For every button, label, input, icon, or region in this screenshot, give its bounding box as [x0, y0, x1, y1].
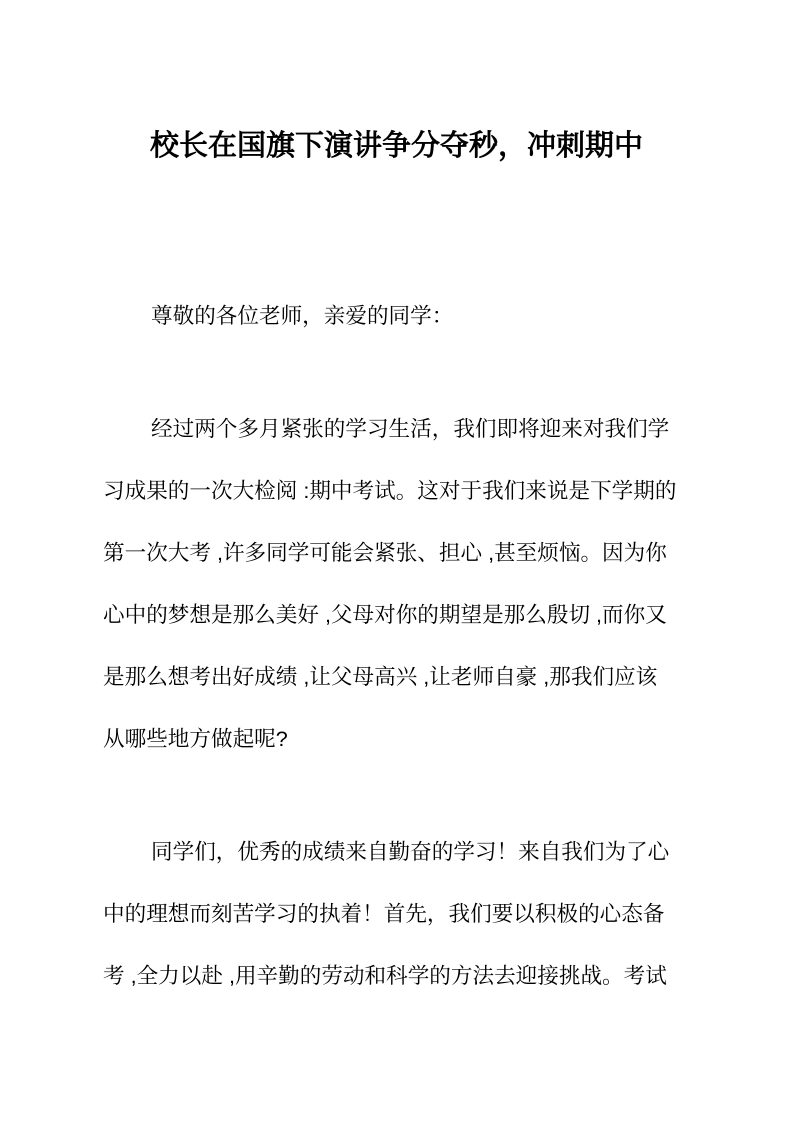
doc-line: 是那么想考出好成绩 ,让父母高兴 ,让老师自豪 ,那我们应该 — [103, 646, 690, 708]
doc-line: 同学们，优秀的成绩来自勤奋的学习！来自我们为了心 — [103, 821, 690, 883]
doc-line: 习成果的一次大检阅 :期中考试。这对于我们来说是下学期的 — [103, 460, 690, 522]
paragraph: 尊敬的各位老师，亲爱的同学： — [103, 285, 690, 347]
paragraph: 同学们，优秀的成绩来自勤奋的学习！来自我们为了心中的理想而刻苦学习的执着！首先，… — [103, 821, 690, 1007]
doc-line: 经过两个多月紧张的学习生活，我们即将迎来对我们学 — [103, 398, 690, 460]
document-body: 尊敬的各位老师，亲爱的同学：经过两个多月紧张的学习生活，我们即将迎来对我们学习成… — [103, 285, 690, 1007]
doc-line: 第一次大考 ,许多同学可能会紧张、担心 ,甚至烦恼。因为你 — [103, 522, 690, 584]
doc-line: 心中的梦想是那么美好 ,父母对你的期望是那么殷切 ,而你又 — [103, 584, 690, 646]
paragraph: 经过两个多月紧张的学习生活，我们即将迎来对我们学习成果的一次大检阅 :期中考试。… — [103, 398, 690, 770]
doc-line: 尊敬的各位老师，亲爱的同学： — [103, 285, 690, 347]
document-title: 校长在国旗下演讲争分夺秒，冲刺期中 — [103, 126, 690, 166]
document-page: 校长在国旗下演讲争分夺秒，冲刺期中 尊敬的各位老师，亲爱的同学：经过两个多月紧张… — [0, 0, 793, 1122]
doc-line: 从哪些地方做起呢? — [103, 708, 690, 770]
doc-line: 考 ,全力以赴 ,用辛勤的劳动和科学的方法去迎接挑战。考试 — [103, 945, 690, 1007]
doc-line: 中的理想而刻苦学习的执着！首先，我们要以积极的心态备 — [103, 883, 690, 945]
